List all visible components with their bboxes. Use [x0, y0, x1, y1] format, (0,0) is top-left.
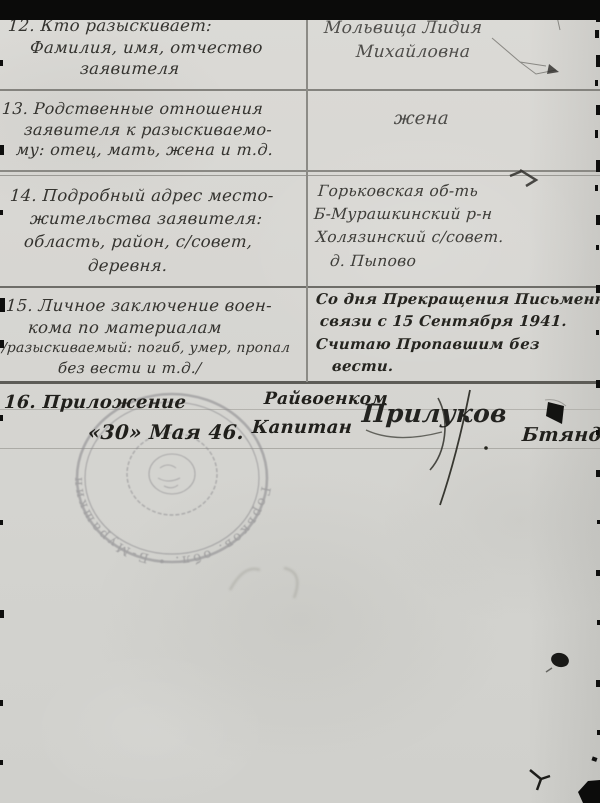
bleed-through-marks	[230, 568, 297, 598]
right-edge-tears	[595, 8, 600, 735]
paper-hole-660-tail	[546, 668, 552, 672]
signature-flourish	[366, 390, 470, 505]
damage-marks-overlay	[0, 0, 600, 803]
corner-damage	[578, 780, 600, 803]
torn-top-edge	[0, 0, 600, 20]
tear-mark-170	[510, 170, 536, 186]
ink-dot	[484, 446, 488, 450]
corner-dash	[591, 756, 597, 761]
crease-arrow-mark	[547, 64, 559, 74]
left-edge-tears	[0, 60, 5, 765]
tear-mark-775	[530, 770, 550, 790]
tear-hole-410	[546, 402, 564, 424]
document-page: Горьков. обл. • Б-Мурашкинск 12. Кто раз…	[0, 0, 600, 803]
paper-hole-660	[549, 651, 570, 669]
